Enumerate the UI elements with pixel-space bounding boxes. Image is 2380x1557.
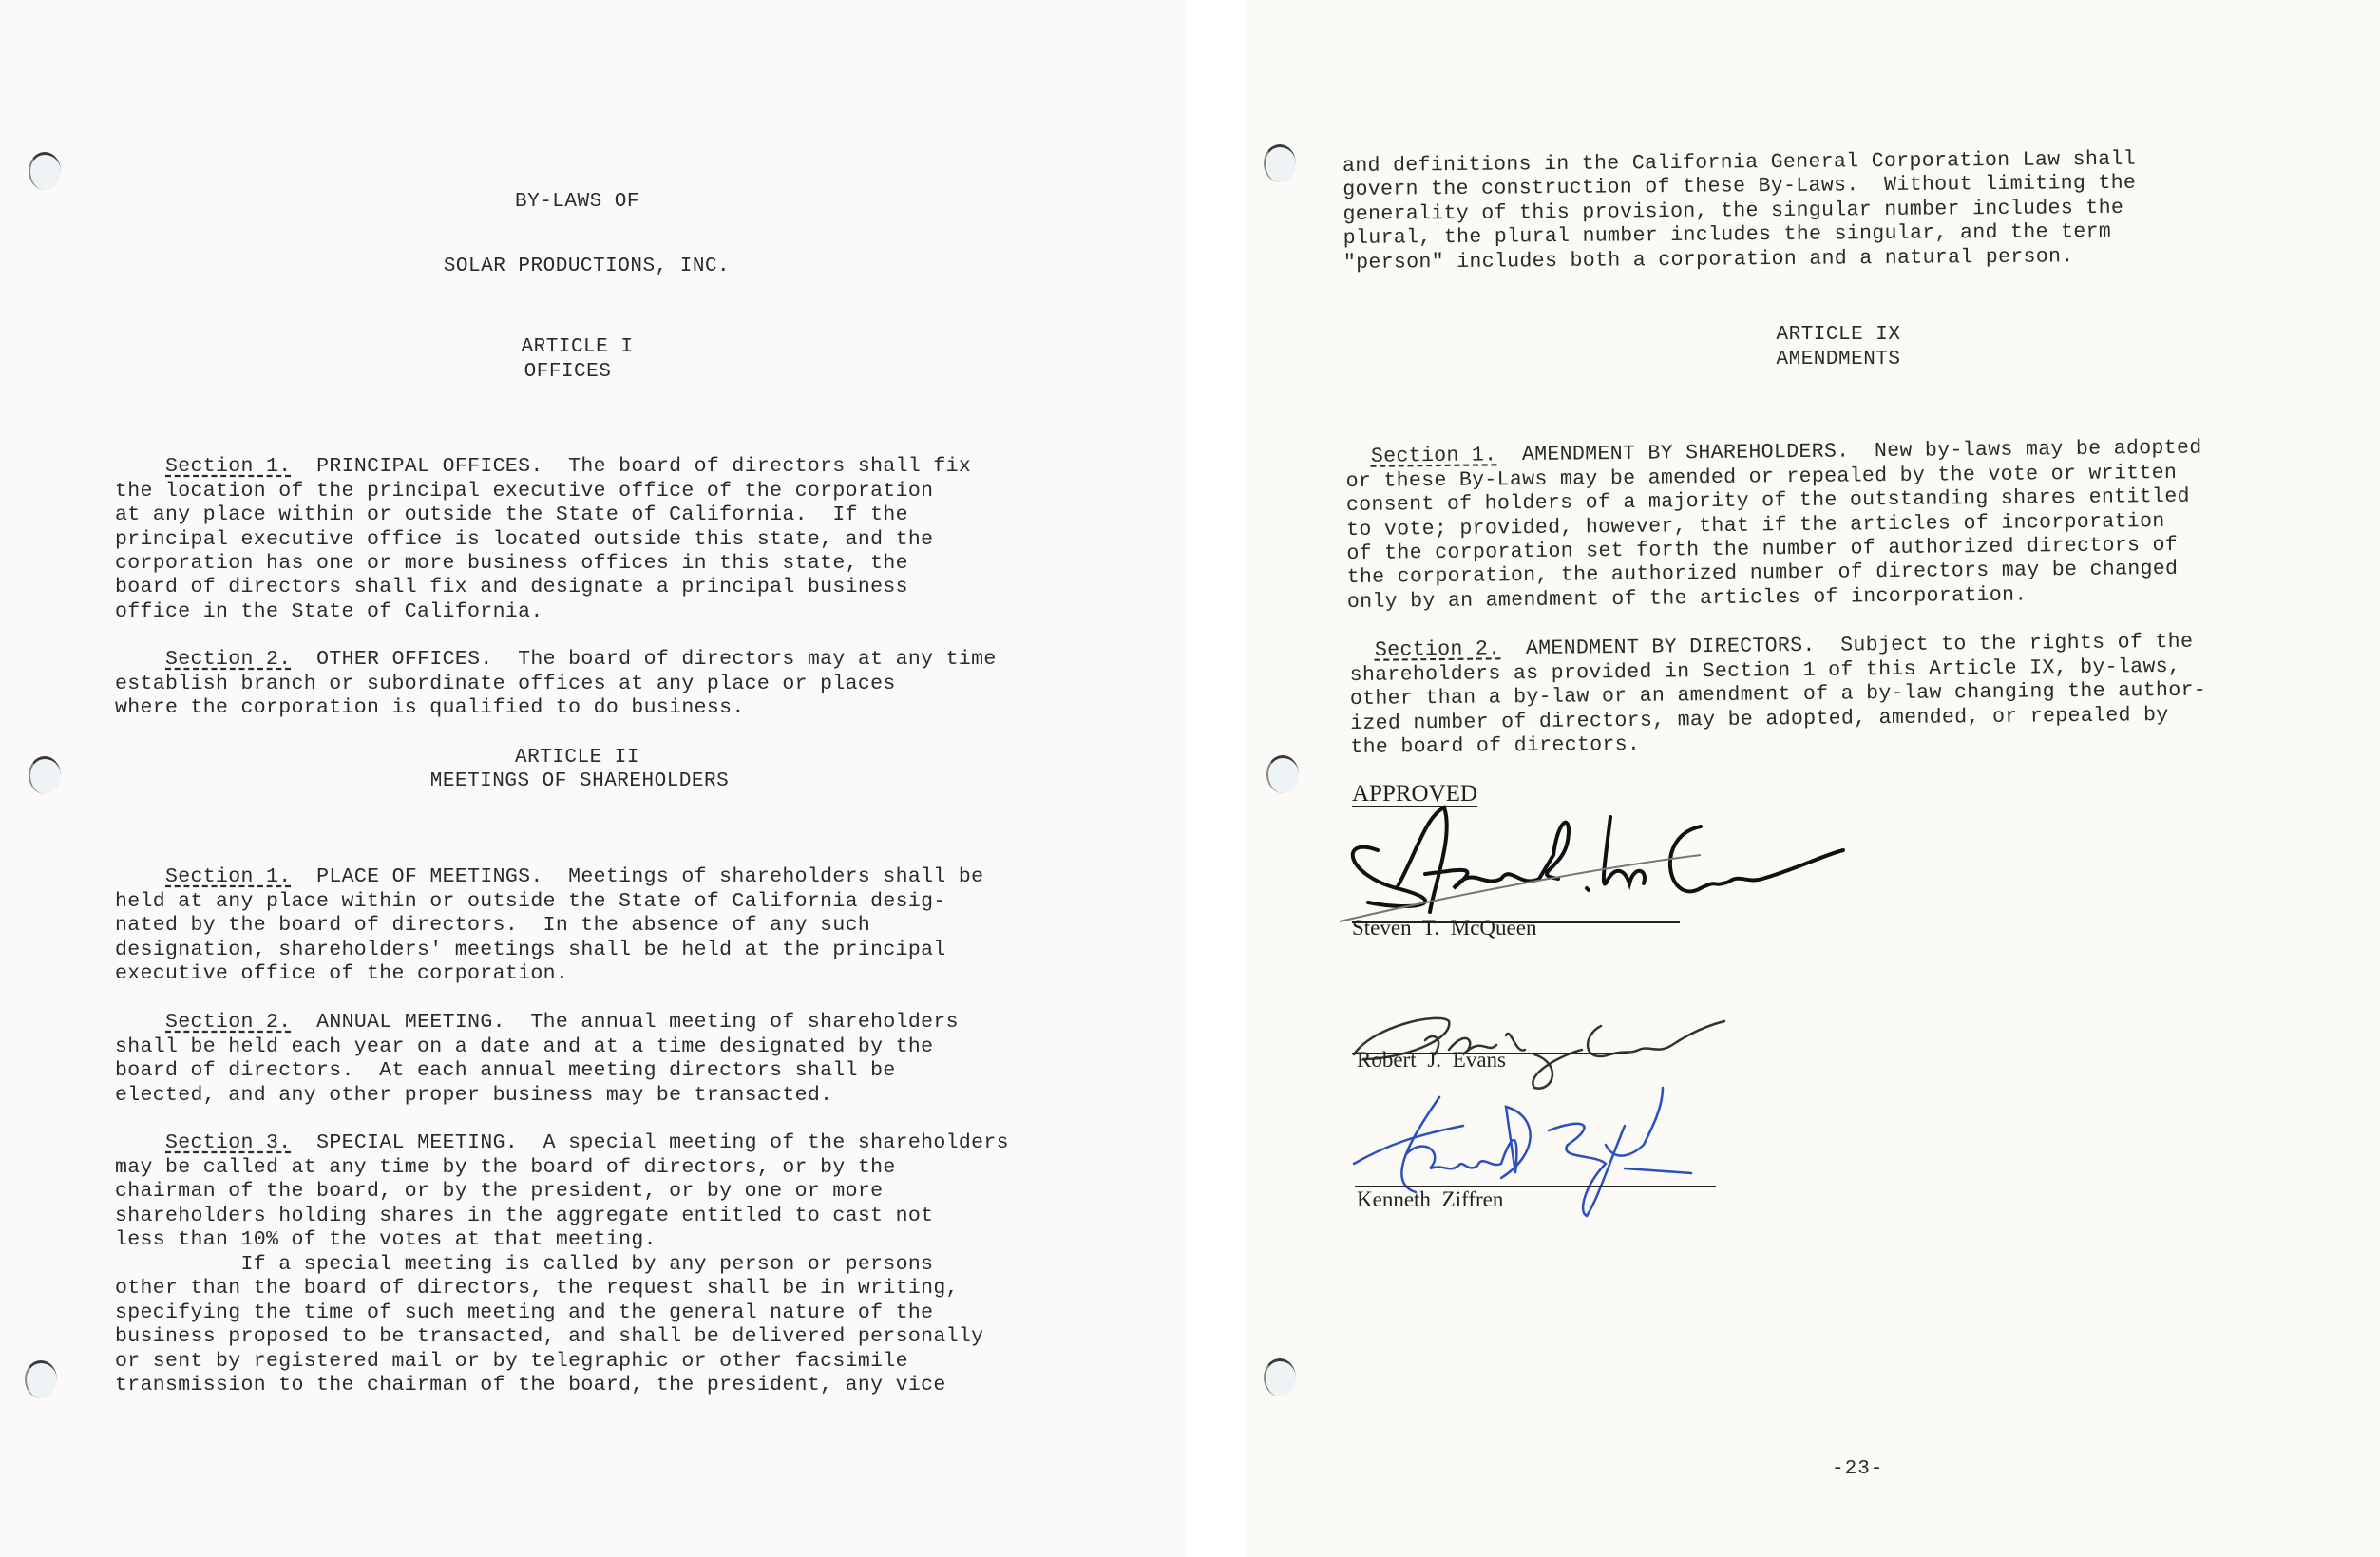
signature-mcqueen <box>1340 798 1853 931</box>
article-1-section-2: Section 2. OTHER OFFICES. The board of d… <box>115 624 997 721</box>
article-9-section-2: Section 2. AMENDMENT BY DIRECTORS. Subje… <box>1349 607 2207 761</box>
article-2-section-3: Section 3. SPECIAL MEETING. A special me… <box>115 1108 1009 1252</box>
punch-hole <box>29 756 61 794</box>
article-9-subheading: AMENDMENTS <box>1682 348 1995 372</box>
section-label: Section 2. <box>165 1011 292 1034</box>
article-2-subheading: MEETINGS OF SHAREHOLDERS <box>361 769 798 794</box>
punch-hole <box>29 152 61 190</box>
article-1-section-1: Section 1. PRINCIPAL OFFICES. The board … <box>115 431 971 624</box>
document-title: BY-LAWS OF <box>361 190 793 215</box>
definitions-carryover: and definitions in the California Genera… <box>1342 148 2137 275</box>
signatory-name: Kenneth Ziffren <box>1357 1187 1503 1212</box>
punch-hole <box>1264 144 1296 182</box>
article-9-heading: ARTICLE IX <box>1682 323 1995 348</box>
special-meeting-continuation: If a special meeting is called by any pe… <box>115 1253 983 1397</box>
section-label: Section 1. <box>165 865 292 888</box>
article-2-section-2: Section 2. ANNUAL MEETING. The annual me… <box>115 987 959 1108</box>
company-name: SOLAR PRODUCTIONS, INC. <box>361 255 812 279</box>
section-label: Section 2. <box>1375 638 1501 662</box>
signatory-name: Steven T. McQueen <box>1352 916 1536 940</box>
page-gutter <box>1186 0 1245 1557</box>
article-1-subheading: OFFICES <box>361 360 774 385</box>
page-number: -23- <box>1832 1458 1883 1480</box>
article-2-section-1: Section 1. PLACE OF MEETINGS. Meetings o… <box>115 842 983 986</box>
signatory-name: Robert J. Evans <box>1357 1048 1506 1073</box>
section-label: Section 1. <box>165 455 292 478</box>
left-page: BY-LAWS OF SOLAR PRODUCTIONS, INC. ARTIC… <box>0 0 1186 1557</box>
punch-hole <box>25 1360 57 1398</box>
section-label: Section 1. <box>1371 445 1497 468</box>
article-9-section-1: Section 1. AMENDMENT BY SHAREHOLDERS. Ne… <box>1345 413 2203 616</box>
punch-hole <box>1266 755 1299 793</box>
section-label: Section 2. <box>165 648 292 671</box>
article-1-heading: ARTICLE I <box>361 335 793 360</box>
section-label: Section 3. <box>165 1131 292 1154</box>
article-2-heading: ARTICLE II <box>361 746 793 770</box>
punch-hole <box>1264 1358 1296 1396</box>
